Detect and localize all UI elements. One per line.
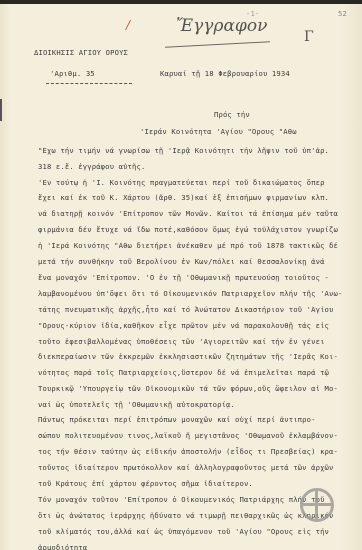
- body-line: 318 ε.ἔ. ἐγγράφου αὐτῆς.: [38, 162, 145, 171]
- body-line: τοῦ Κράτους ἐπί χάρτου φέροντος σῆμα ἰδι…: [38, 479, 253, 488]
- handwritten-title: Ἔγγραφον: [176, 16, 267, 36]
- top-mark: -1-: [246, 9, 259, 18]
- reference-number: 'Αριθμ. 35: [50, 69, 95, 78]
- office-header: ΔΙΟΙΚΗΣΙΣ ΑΓΙΟΥ ΟΡΟΥΣ: [34, 48, 128, 57]
- page-number: 52: [338, 9, 347, 18]
- to-line: Πρός τήν: [214, 110, 250, 119]
- body-line: τοῦτο ἐφεσιβαλλομένας ὑποθέσεις τῶν 'Αγι…: [38, 337, 325, 346]
- body-line: τάτης πνευματικῆς ἀρχῆς,ἦτο καί τό Ἀνώτα…: [38, 305, 334, 314]
- body-line: Πάντως πρόκειται περί ἐπιτρόπων μοναχῶν …: [38, 415, 316, 424]
- seal-stamp: [300, 488, 334, 522]
- body-line: μετά τήν συνθήκην τοῦ Βερολίνου ἐν Κων/π…: [38, 257, 325, 266]
- body-line: 'Εν τούτῳ ἡ 'Ι. Κοινότης πραγματεύεται π…: [38, 178, 325, 187]
- body-line: τοῦντος ἰδιαίτερον πρωτόκολλον καί ἀλληλ…: [38, 463, 334, 472]
- body-line: σώπου πολιτευομένου τινος,λαϊκοῦ ἤ μεγισ…: [38, 431, 338, 440]
- body-line: ἡ 'Ιερά Κοινότης "Αθω διετήρει ἀνέκαθεν …: [38, 241, 338, 250]
- body-line: τος τήν θέσιν ταύτην ὡς εἰδικήν ἀποστολή…: [38, 447, 338, 456]
- body-line: "Ορους-κύριον ἰδία,καθῆκον εἶχε πρῶτον μ…: [38, 321, 329, 330]
- body-line: λαμβανομένου ὑπ'ὄψει ὅτι τό Οἰκουμενικόν…: [38, 289, 342, 298]
- corner-mark: Γ: [304, 29, 314, 45]
- body-line: ἕνα μοναχόν 'Επίτροπον. 'Ο ἐν τῇ 'Οθωμαν…: [38, 273, 329, 282]
- body-line: Τόν μοναχόν τοῦτον 'Επίτροπον ὁ Οἰκουμεν…: [38, 495, 325, 504]
- body-line: φιρμάνια δέν ἔτυχε νά ἴδω ποτέ,καθόσον ὅ…: [38, 225, 338, 234]
- place-date: Καρυαί τῇ 18 Φεβρουαρίου 1934: [160, 69, 290, 78]
- body-line: ὅτι ὡς ἀνώτατος ἱεράρχης ἠδύνατο νά τιμω…: [38, 511, 334, 520]
- body-line: νότητος παρά τοῖς Πατριαρχείοις,ὕστερον …: [38, 368, 329, 377]
- body-line: "Εχω τήν τιμήν νά γνωρίσω τῇ 'Ιερᾷ Κοινό…: [38, 146, 329, 155]
- body-line: τοῦ κλίματός του,ἀλλά καί ὡς ὑπαγόμενον …: [38, 527, 329, 536]
- red-check-mark: /: [126, 18, 130, 32]
- body-line: διεκπεραίωσιν τῶν ἐκκρεμῶν ἐκκλησιαστικῶ…: [38, 352, 338, 361]
- binding-mark: [0, 99, 2, 121]
- body-line: ἔχει καί ἐκ τοῦ Κ. Χάρτου (ἄρθ. 35)καί ἐ…: [38, 193, 329, 202]
- body-line: ναί ὡς ὑποτελεῖς τῇ 'Οθωμανικῇ αὐτοκρατο…: [38, 400, 235, 409]
- body-line: Τουρκικῷ 'Υπουργείῳ τῶν Οἰκονομικῶν τά τ…: [38, 384, 338, 393]
- body-line: ἀρμοδιότητα: [38, 543, 87, 550]
- recipient: 'Ιεράν Κοινότητα 'Αγίου "Ορους "Αθω: [140, 127, 297, 136]
- body-line: νά διατηρῇ κοινόν 'Επίτροπον τῶν Μονῶν. …: [38, 209, 338, 218]
- document-page: / Ἔγγραφον -1- 52 Γ ΔΙΟΙΚΗΣΙΣ ΑΓΙΟΥ ΟΡΟΥ…: [0, 4, 362, 550]
- ref-underline: [46, 83, 132, 84]
